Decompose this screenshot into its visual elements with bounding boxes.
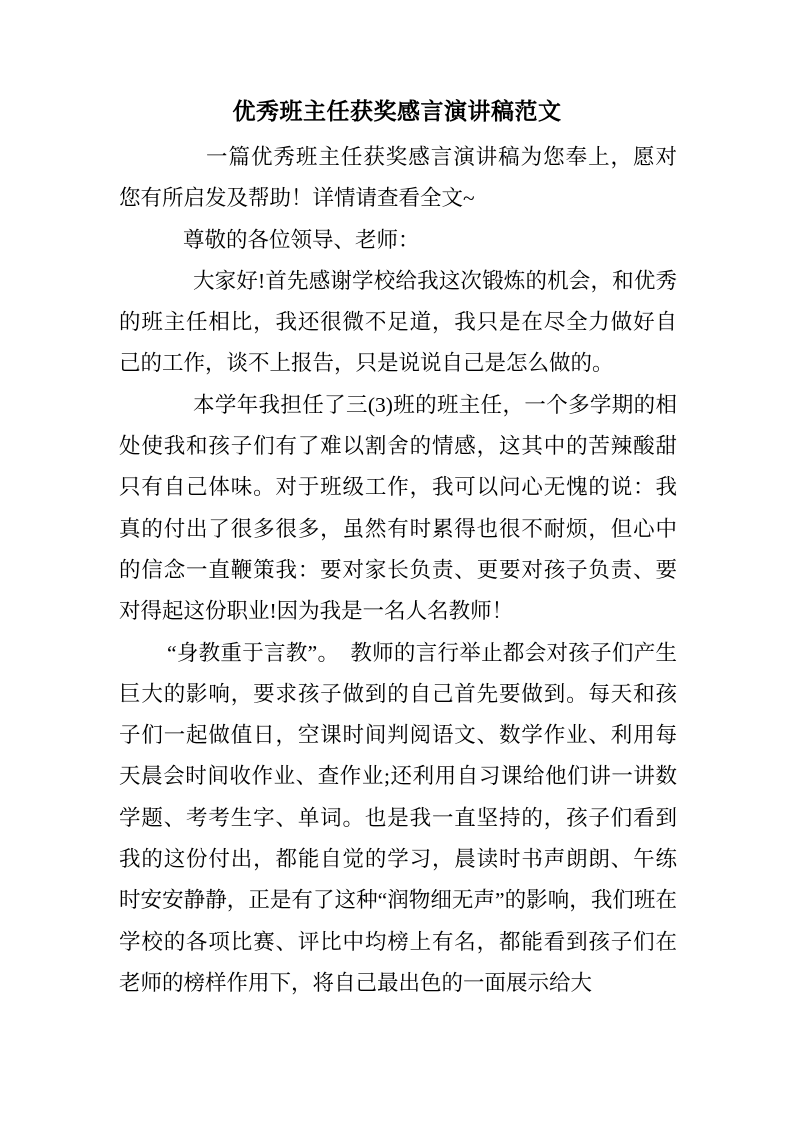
document-body: 一篇优秀班主任获奖感言演讲稿为您奉上，愿对您有所启发及帮助！详情请查看全文~尊敬… bbox=[119, 137, 677, 1004]
paragraph-2: 尊敬的各位领导、老师： bbox=[119, 220, 677, 261]
document-page: 优秀班主任获奖感言演讲稿范文 一篇优秀班主任获奖感言演讲稿为您奉上，愿对您有所启… bbox=[0, 0, 794, 1123]
paragraph-4: 本学年我担任了三(3)班的班主任，一个多学期的相处使我和孩子们有了难以割舍的情感… bbox=[119, 385, 677, 633]
paragraph-1: 一篇优秀班主任获奖感言演讲稿为您奉上，愿对您有所启发及帮助！详情请查看全文~ bbox=[119, 137, 677, 220]
paragraph-5: “身教重于言教”。 教师的言行举止都会对孩子们产生巨大的影响，要求孩子做到的自己… bbox=[119, 633, 677, 1005]
paragraph-3: 大家好!首先感谢学校给我这次锻炼的机会，和优秀的班主任相比，我还很微不足道，我只… bbox=[119, 261, 677, 385]
document-title: 优秀班主任获奖感言演讲稿范文 bbox=[0, 97, 794, 127]
